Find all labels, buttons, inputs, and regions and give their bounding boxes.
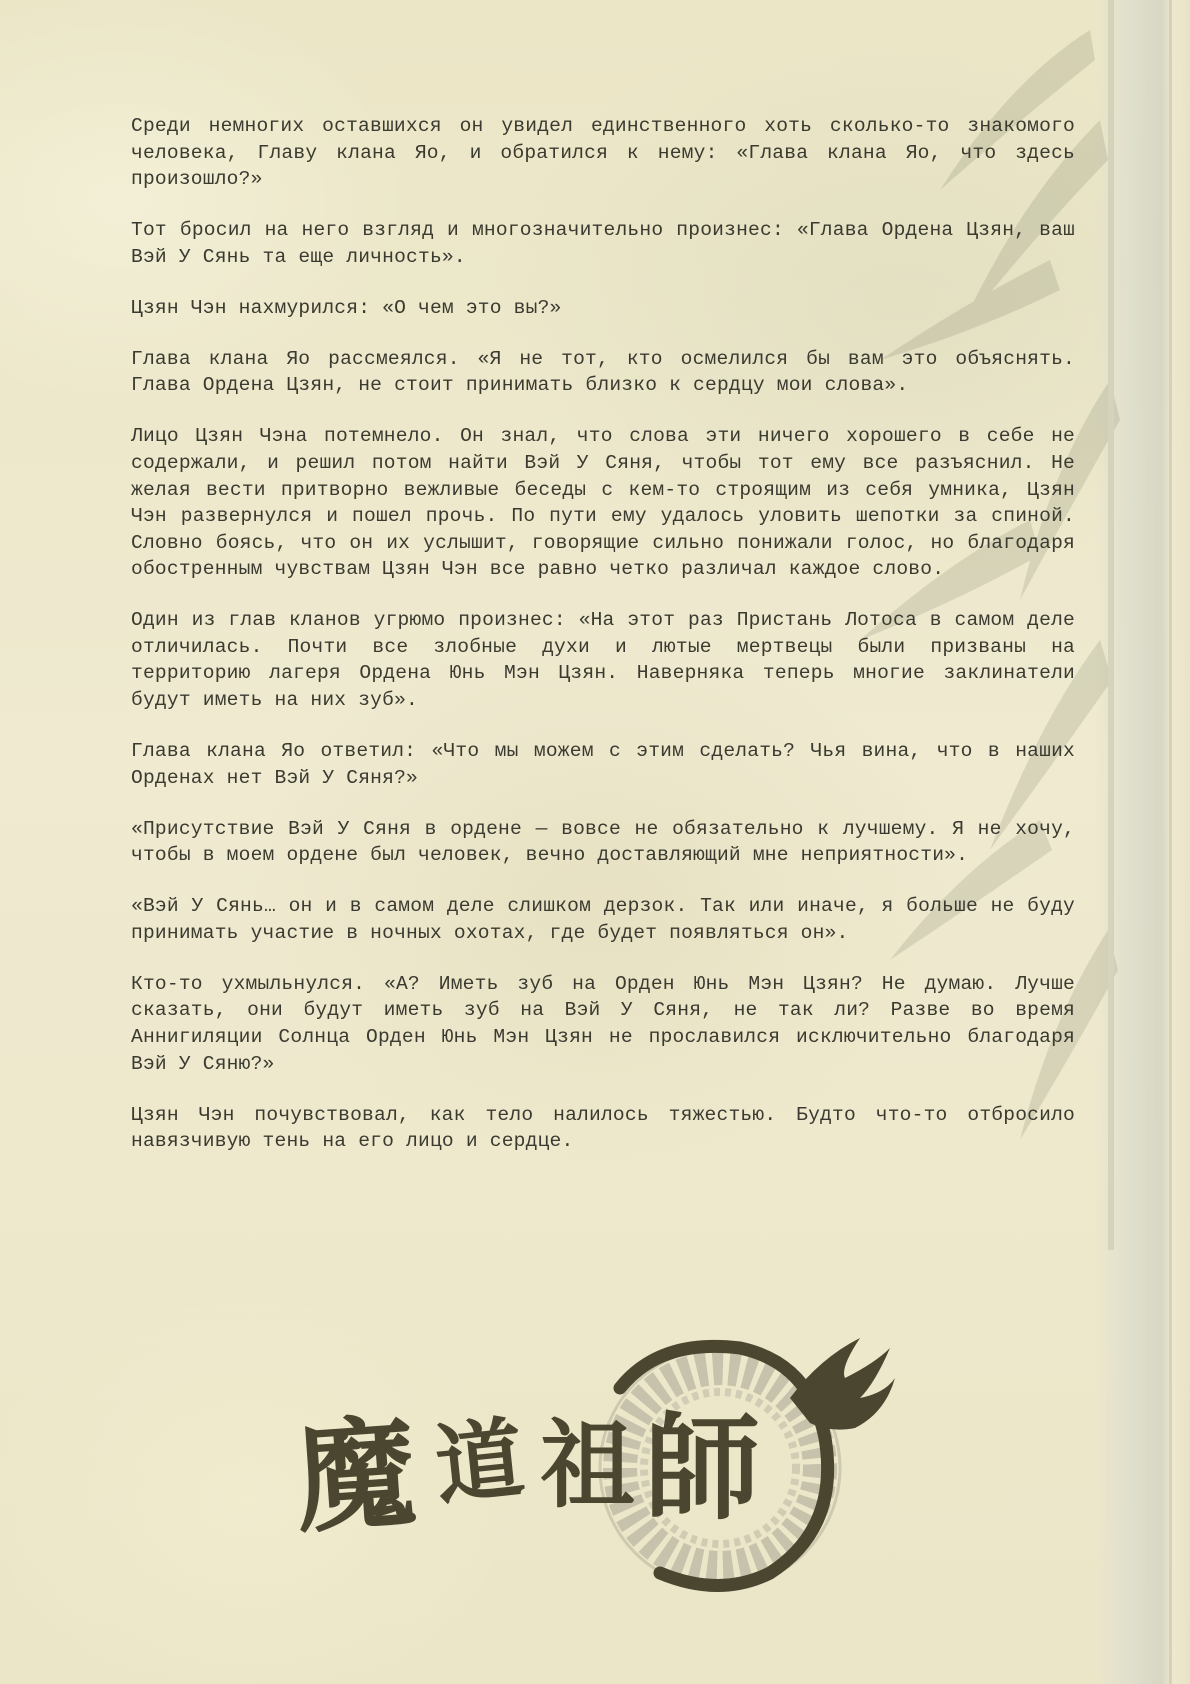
logo-char: 祖 — [540, 1410, 635, 1521]
paragraph: Лицо Цзян Чэна потемнело. Он знал, что с… — [131, 423, 1075, 583]
paragraph: Глава клана Яо рассмеялся. «Я не тот, кт… — [131, 346, 1075, 399]
paragraph: Среди немногих оставшихся он увидел един… — [131, 113, 1075, 193]
paragraph: Глава клана Яо ответил: «Что мы можем с … — [131, 738, 1075, 791]
paragraph: «Присутствие Вэй У Сяня в ордене — вовсе… — [131, 816, 1075, 869]
paragraph: «Вэй У Сянь… он и в самом деле слишком д… — [131, 893, 1075, 946]
logo-char: 道 — [430, 1405, 528, 1518]
paragraph: Один из глав кланов угрюмо произнес: «На… — [131, 607, 1075, 713]
logo-char: 師 — [645, 1401, 760, 1536]
scroll-edge-decoration — [1095, 0, 1190, 1684]
paragraph: Цзян Чэн почувствовал, как тело налилось… — [131, 1102, 1075, 1155]
paragraph: Тот бросил на него взгляд и многозначите… — [131, 217, 1075, 270]
paragraph: Цзян Чэн нахмурился: «О чем это вы?» — [131, 295, 1075, 322]
mo-dao-zu-shi-logo: 魔 道 祖 師 — [300, 1318, 900, 1598]
document-body: Среди немногих оставшихся он увидел един… — [131, 113, 1075, 1179]
flame-flourish — [790, 1338, 895, 1430]
paragraph: Кто-то ухмыльнулся. «А? Иметь зуб на Орд… — [131, 971, 1075, 1077]
logo-char: 魔 — [300, 1402, 420, 1551]
